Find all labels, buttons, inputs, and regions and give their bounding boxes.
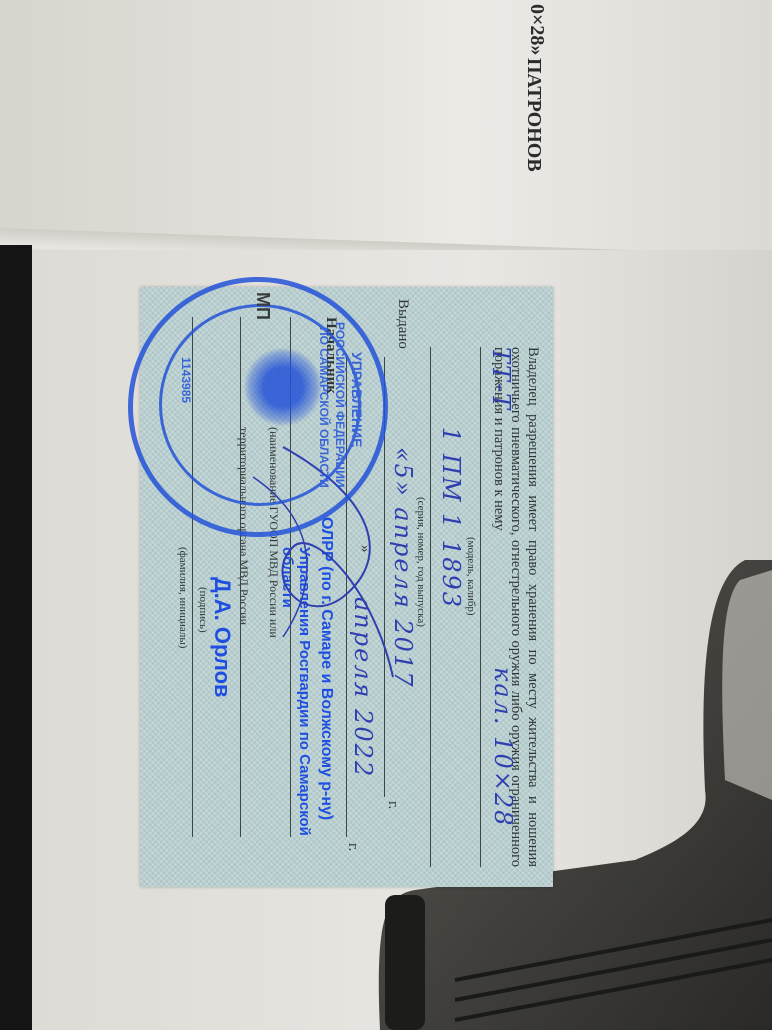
card-content: Владелец разрешения имеет право хранения… bbox=[140, 287, 553, 887]
seal-inner-text-3: ПО САМАРСКОЙ ОБЛАСТИ bbox=[317, 327, 331, 488]
caption-model-caliber: (модель, калибр) bbox=[465, 537, 477, 616]
seal-number: 1143985 bbox=[179, 357, 193, 403]
issued-label: Выдано bbox=[394, 299, 411, 349]
weapon-line bbox=[480, 347, 481, 867]
issued-year-suffix: г. bbox=[384, 801, 401, 809]
caption-name: (фамилия, инициалы) bbox=[177, 547, 189, 648]
firearm-permit-card: Владелец разрешения имеет право хранения… bbox=[140, 287, 553, 887]
signatory-stamp: Д.А. Орлов bbox=[209, 577, 235, 698]
weapon-model-handwritten: ТТ-Т bbox=[487, 347, 515, 411]
seal-inner-text-2: РОССИЙСКОЙ ФЕДЕРАЦИИ bbox=[333, 322, 347, 487]
caption-signature: (подпись) bbox=[197, 587, 209, 633]
weapon-caliber-handwritten: кал. 10×28 bbox=[489, 667, 517, 827]
booklet-title-line2: ПАТРОНОВ bbox=[522, 58, 545, 172]
official-seal: УПРАВЛЕНИЕ РОССИЙСКОЙ ФЕДЕРАЦИИ ПО САМАР… bbox=[128, 277, 388, 537]
booklet-page: 0×28» ПАТРОНОВ bbox=[0, 0, 772, 260]
seal-mp-label: МП bbox=[252, 292, 273, 320]
booklet-title-line1: 0×28» bbox=[525, 4, 548, 55]
valid-year-suffix: г. bbox=[344, 843, 361, 851]
black-surface bbox=[0, 245, 32, 1030]
seal-inner-text-1: УПРАВЛЕНИЕ bbox=[349, 352, 365, 447]
double-headed-eagle-emblem bbox=[243, 347, 323, 427]
series-number-handwritten: 1 ПМ 1 1893 bbox=[437, 427, 465, 609]
